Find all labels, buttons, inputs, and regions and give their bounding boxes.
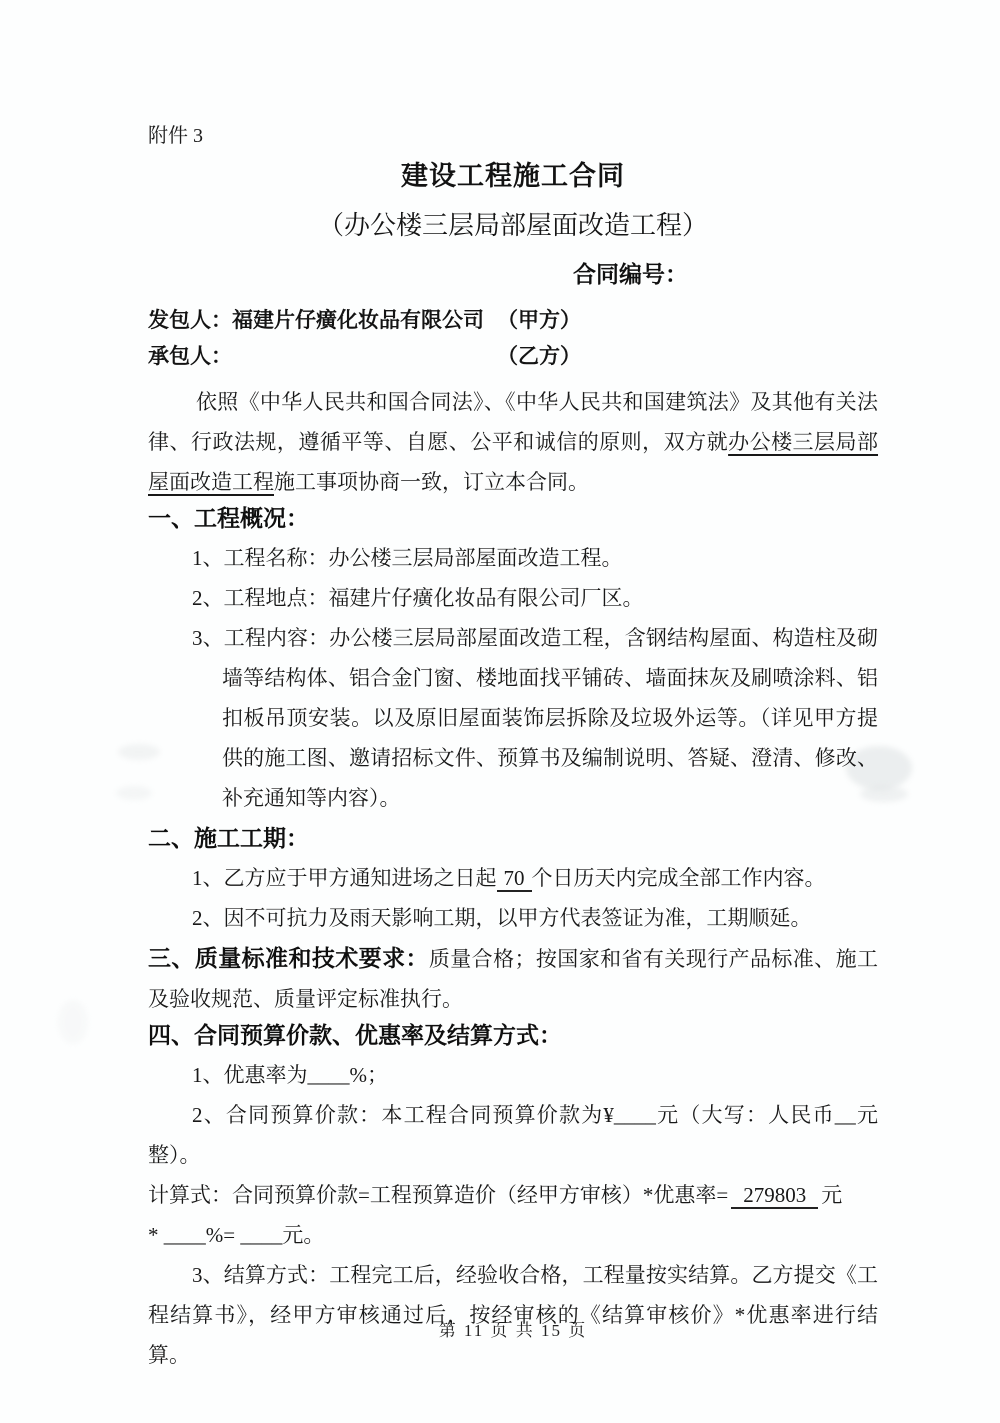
party-b-row: 承包人： （乙方） — [148, 338, 878, 374]
section-1-heading: 一、工程概况： — [148, 498, 878, 538]
section-2-item-1-text-end: 个日历天内完成全部工作内容。 — [532, 866, 826, 890]
section-1-item-1: 1、工程名称：办公楼三层局部屋面改造工程。 — [148, 538, 878, 578]
section-3-paragraph: 三、质量标准和技术要求：质量合格；按国家和省有关现行产品标准、施工及验收规范、质… — [148, 938, 878, 1019]
section-3-heading: 三、质量标准和技术要求： — [148, 945, 429, 971]
party-a-row: 发包人：福建片仔癀化妆品有限公司 （甲方） — [148, 302, 878, 338]
section-2-item-1: 1、乙方应于甲方通知进场之日起70个日历天内完成全部工作内容。 — [148, 858, 878, 898]
contract-title: 建设工程施工合同 — [148, 158, 878, 194]
section-2-heading: 二、施工工期： — [148, 818, 878, 858]
section-1-item-2: 2、工程地点：福建片仔癀化妆品有限公司厂区。 — [148, 578, 878, 618]
duration-days-value: 70 — [497, 866, 532, 892]
party-a-name: 福建片仔癀化妆品有限公司 — [232, 308, 484, 332]
formula-unit: 元 — [821, 1183, 842, 1207]
preamble-paragraph: 依照《中华人民共和国合同法》、《中华人民共和国建筑法》及其他有关法律、行政法规，… — [148, 382, 878, 502]
party-a-tag: （甲方） — [497, 302, 581, 338]
preamble-text-2: 施工事项协商一致，订立本合同。 — [274, 470, 589, 494]
section-4-item-1: 1、优惠率为____%； — [148, 1055, 878, 1095]
party-b-label: 承包人： — [148, 344, 232, 368]
formula-line: 计算式：合同预算价款=工程预算造价（经甲方审核）*优惠率=279803元 — [148, 1175, 878, 1215]
party-b-tag: （乙方） — [497, 338, 581, 374]
party-a-label: 发包人： — [148, 308, 232, 332]
document-page: 附件 3 建设工程施工合同 （办公楼三层局部屋面改造工程） 合同编号： 发包人：… — [0, 0, 1000, 1423]
page-number-footer: 第 11 页 共 15 页 — [148, 1318, 878, 1344]
section-4-item-3: 3、结算方式：工程完工后，经验收合格，工程量按实结算。乙方提交《工程结算书》，经… — [148, 1255, 878, 1375]
formula-line-2: * ____%= ____元。 — [148, 1215, 878, 1255]
document-content: 附件 3 建设工程施工合同 （办公楼三层局部屋面改造工程） 合同编号： 发包人：… — [0, 0, 1000, 1375]
section-2-item-1-text: 1、乙方应于甲方通知进场之日起 — [192, 866, 497, 890]
budget-amount-value: 279803 — [731, 1183, 818, 1209]
contract-subtitle: （办公楼三层局部屋面改造工程） — [148, 208, 878, 244]
section-4-item-2: 2、合同预算价款：本工程合同预算价款为¥____元（大写：人民币__元整）。 — [148, 1095, 878, 1175]
section-4-heading: 四、合同预算价款、优惠率及结算方式： — [148, 1015, 878, 1055]
section-2-item-2: 2、因不可抗力及雨天影响工期，以甲方代表签证为准，工期顺延。 — [148, 898, 878, 938]
contract-number-label: 合同编号： — [148, 258, 878, 290]
attachment-label: 附件 3 — [148, 122, 878, 150]
formula-text: 计算式：合同预算价款=工程预算造价（经甲方审核）*优惠率= — [148, 1183, 728, 1207]
section-1-item-3: 3、工程内容：办公楼三层局部屋面改造工程，含钢结构屋面、构造柱及砌墙等结构体、铝… — [148, 618, 878, 818]
